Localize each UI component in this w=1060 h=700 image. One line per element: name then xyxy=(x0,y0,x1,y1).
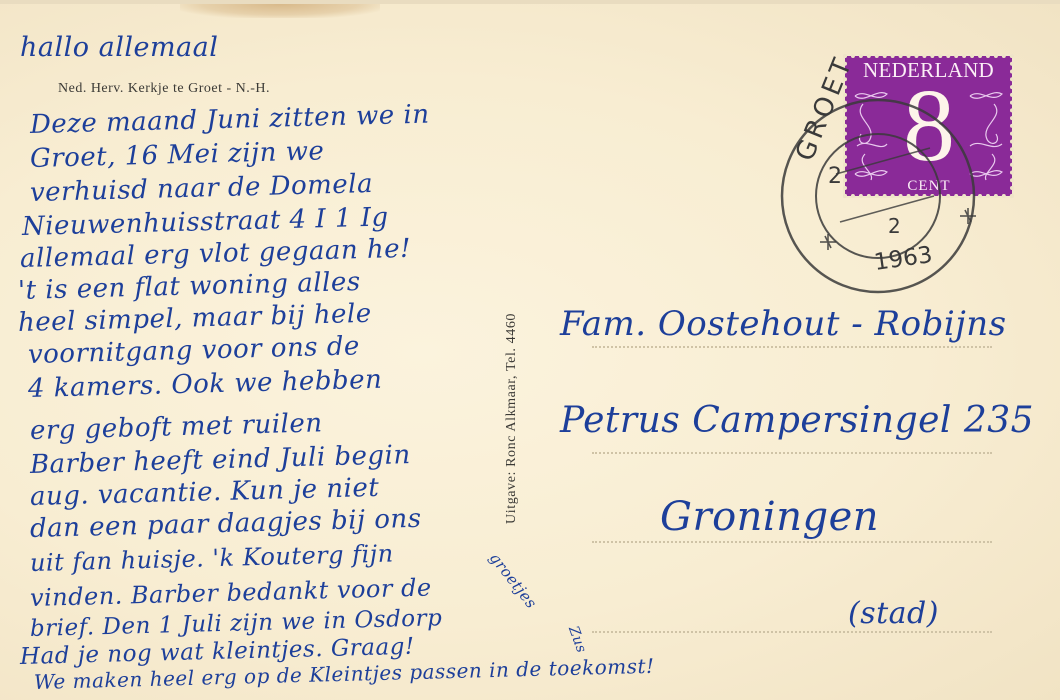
postmark-hour: 2 xyxy=(888,214,901,238)
postmark-year: 1963 xyxy=(872,242,934,276)
coffee-stain xyxy=(180,4,380,18)
flourish-ornament-icon xyxy=(851,86,891,184)
message-line: Groet, 16 Mei zijn we xyxy=(30,136,325,174)
margin-note-signature: Zus xyxy=(565,624,589,655)
flourish-ornament-icon xyxy=(966,86,1006,184)
postage-stamp: NEDERLAND 8 CENT xyxy=(845,56,1012,196)
address-line: Groningen xyxy=(660,494,879,540)
address-line: (stad) xyxy=(848,596,939,631)
address-line-rule xyxy=(592,346,992,348)
message-line: Deze maand Juni zitten we in xyxy=(30,100,430,140)
message-line: uit fan huisje. 'k Kouterg fijn xyxy=(30,539,394,577)
postcard: hallo allemaal Ned. Herv. Kerkje te Groe… xyxy=(0,0,1060,700)
margin-note: groetjes xyxy=(486,549,541,612)
address-line: Fam. Oostehout - Robijns xyxy=(560,304,1007,344)
stamp-value: 8 xyxy=(900,74,958,178)
greeting: hallo allemaal xyxy=(20,32,218,63)
printed-caption: Ned. Herv. Kerkje te Groet - N.-H. xyxy=(58,81,270,97)
address-line-rule xyxy=(592,452,992,454)
message-line: erg geboft met ruilen xyxy=(30,408,323,446)
address-line: Petrus Campersingel 235 xyxy=(560,400,1034,441)
publisher-imprint: Uitgave: Ronc Alkmaar, Tel. 4460 xyxy=(504,313,520,524)
address-line-rule xyxy=(592,631,992,633)
stamp-unit: CENT xyxy=(897,178,961,195)
message-line: 4 kamers. Ook we hebben xyxy=(28,365,383,404)
message-line: voornitgang voor ons de xyxy=(28,331,361,370)
postmark-date: 2 xyxy=(828,164,842,189)
message-line: verhuisd naar de Domela xyxy=(30,169,374,208)
address-line-rule xyxy=(592,541,992,543)
